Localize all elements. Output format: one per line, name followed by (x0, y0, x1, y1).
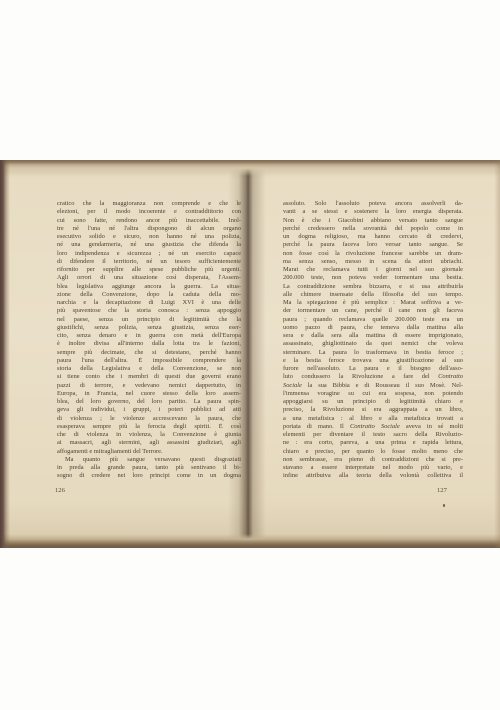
text-line: 200.000 teste, non poteva veder tormenta… (283, 274, 463, 282)
left-page: cratico che la maggioranza non comprende… (0, 160, 247, 548)
text-line: blea, del loro governo, del loro partito… (57, 398, 241, 406)
text-line: Non è che i Giacobini abbiano versato ta… (283, 217, 463, 225)
right-page: assoluto. Solo l'assoluto poteva ancora … (247, 160, 500, 548)
text-line: si tiene conto che i membri di questi du… (57, 373, 241, 381)
text-line: elementi per diventare il testo sacro de… (283, 431, 463, 439)
text-line: paura l'una dell'altra. È impossibile co… (57, 357, 241, 365)
text-line: der tormentare un cane, perché il cane n… (283, 307, 463, 315)
text-line: cui sono fatte, rendono ancor più inacce… (57, 217, 241, 225)
text-line: Europa, in Francia, nel cuore stesso del… (57, 390, 241, 398)
text-line: non sembrasse, era pieno di contraddizio… (283, 456, 463, 464)
text-line: elezioni, per il modo incoerente e contr… (57, 208, 241, 216)
scan-background: cratico che la maggioranza non comprende… (0, 0, 500, 710)
text-line: perché credessero nella sovranità del po… (283, 225, 463, 233)
text-line: sera e dalla sera alla mattina di essere… (283, 332, 463, 340)
text-line: né una gendarmeria, né una giustizia che… (57, 241, 241, 249)
text-line: sogno di credere nei loro principi come … (57, 472, 241, 480)
text-line: La contraddizione sembra bizzarra, e si … (283, 283, 463, 291)
text-line: alle chimere insensate della filosofia d… (283, 291, 463, 299)
text-line: stavano a essere interpretate nel modo p… (283, 464, 463, 472)
page-top-edge (0, 160, 500, 176)
text-line: in preda alla grande paura, tanto più se… (57, 464, 241, 472)
left-page-text: cratico che la maggioranza non comprende… (57, 200, 241, 481)
text-line: Sociale la sua Bibbia e di Rousseau il s… (283, 382, 463, 390)
text-line: più spaventose che la storia conosca : s… (57, 307, 241, 315)
right-page-text: assoluto. Solo l'assoluto poteva ancora … (283, 200, 463, 481)
text-line: un dogma religioso, ma hanno cercato di … (283, 233, 463, 241)
text-line: e la bestia feroce trovava una giustific… (283, 357, 463, 365)
text-line: appoggiarsi su un principio di legittimi… (283, 398, 463, 406)
text-line: assoluto. Solo l'assoluto poteva ancora … (283, 200, 463, 208)
text-line: chiaro e preciso, per quanto lo fosse mo… (283, 448, 463, 456)
text-line: assassinato, ghigliottinato da quei nemi… (283, 340, 463, 348)
text-line: ma senza senso, messo in scena da attori… (283, 258, 463, 266)
right-page-number: 127 (437, 487, 447, 494)
text-line: geva gli individui, i gruppi, i poteri p… (57, 406, 241, 414)
text-line: esecutivo solido e sicuro, non hanno né … (57, 233, 241, 241)
book-right-edge (494, 160, 500, 548)
text-line: preciso, la Rivoluzione si era aggrappat… (283, 406, 463, 414)
text-line: infine attribuiva alla teoria della volo… (283, 472, 463, 480)
text-line: paura ; quando reclamava quelle 200.000 … (283, 316, 463, 324)
text-line: l'immensa voragine su cui era sospesa, n… (283, 390, 463, 398)
text-line: non fosse così la rivoluzione francese s… (283, 250, 463, 258)
text-line: Ma la spiegazione è più semplice : Marat… (283, 299, 463, 307)
text-line: blea legislativa aggiunge ancora la guer… (57, 283, 241, 291)
text-line: vanti a se stessi e sostenere la loro en… (283, 208, 463, 216)
text-line: rifornito per supplire alle spese pubbli… (57, 266, 241, 274)
open-book-photo: cratico che la maggioranza non comprende… (0, 160, 500, 548)
text-line: affogamenti e mitragliamenti del Terrore… (57, 448, 241, 456)
text-line: furore nell'assoluto. La paura e il biso… (283, 365, 463, 373)
text-line: tre né l'una né l'altra dispongono di al… (57, 225, 241, 233)
left-page-number: 126 (55, 487, 65, 494)
text-line: sempre più decimate, che si detestano, p… (57, 349, 241, 357)
text-line: ai massacri, agli stermini, agli assassi… (57, 439, 241, 447)
text-line: cratico che la maggioranza non comprende… (57, 200, 241, 208)
text-line: di difendere il territorio, né un tesoro… (57, 258, 241, 266)
text-line: a una metafisica : al libro e alla metaf… (283, 415, 463, 423)
text-line: Marat che reclamava tutti i giorni nel s… (283, 266, 463, 274)
text-line: esasperava sempre più la ferocia degli s… (57, 423, 241, 431)
text-line: nel paese, senza un principio di legitti… (57, 316, 241, 324)
text-line: cito, senza denaro e in guerra con metà … (57, 332, 241, 340)
text-line: portata di mano. Il Contratto Sociale av… (283, 423, 463, 431)
text-line: di violenza ; le violenze accrescevano l… (57, 415, 241, 423)
text-line: che di violenza in violenza, la Convenzi… (57, 431, 241, 439)
text-line: pazzi di terrore, e vedevano nemici dapp… (57, 382, 241, 390)
text-line: narchia e la decapitazione di Luigi XVI … (57, 299, 241, 307)
text-line: storia della Legislativa e della Convenz… (57, 365, 241, 373)
text-line: giustifichi, senza polizia, senza giusti… (57, 324, 241, 332)
book-gutter-shadow (228, 160, 266, 548)
page-bottom-edge (0, 534, 500, 548)
text-line: luto condussero la Rivoluzione a fare de… (283, 373, 463, 381)
text-line: perché la paura faceva loro versar tanto… (283, 241, 463, 249)
text-line: sterminare. La paura lo trasformava in b… (283, 349, 463, 357)
text-line: loro indipendenza e sicurezza ; né un es… (57, 250, 241, 258)
ink-speck (443, 504, 445, 507)
text-line: uomo pazzo di paura, che temeva dalla ma… (283, 324, 463, 332)
text-line: ne : era corto, pareva, a una prima e ra… (283, 439, 463, 447)
text-line: è inoltre divisa all'interno dalla lotta… (57, 340, 241, 348)
book-left-edge (0, 160, 10, 548)
text-line: zione della Convenzione, dopo la caduta … (57, 291, 241, 299)
text-line: Agli orrori di una situazione così dispe… (57, 274, 241, 282)
text-line: Ma quanto più sangue versavano questi di… (57, 456, 241, 464)
